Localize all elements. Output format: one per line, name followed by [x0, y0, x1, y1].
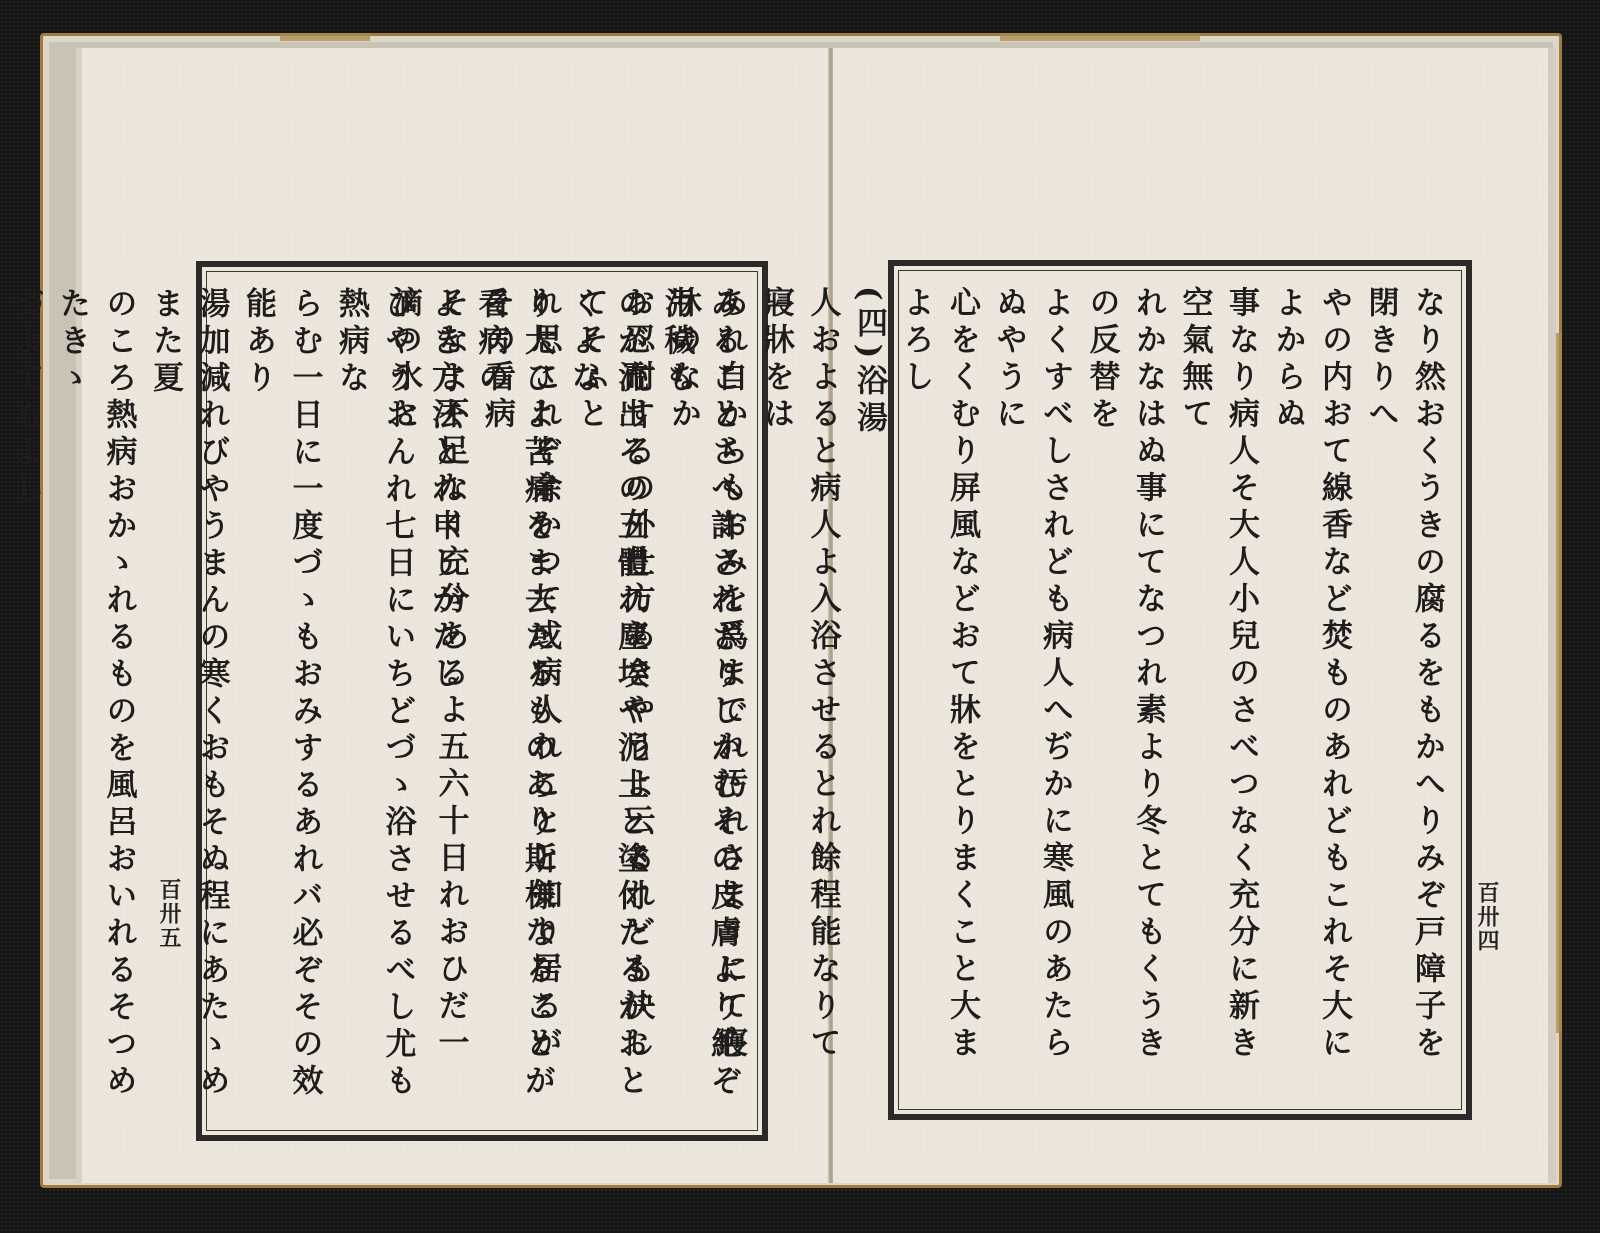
text-column: 人およると病人よ入浴させるとれ餘程能なりて寢牀をは: [753, 286, 846, 1094]
text-column: れかなはぬ事にてなつれ素より冬とてもくうきの反替を: [1078, 286, 1171, 1094]
cover-stain: [1000, 33, 1200, 41]
page-number-right: 百卅四: [1472, 881, 1503, 953]
text-column: づよてもよし: [2, 287, 49, 1115]
text-column: 事なり病人そ大人小兒のさべつなく充分に新き空氣無て: [1171, 286, 1264, 1094]
text-column: 湯加減れびやうまんの寒くおもそぬ程にあたゝめまた夏: [142, 287, 235, 1115]
open-book: 百卅五 みることさへ許されざりしかむその皮膚より絶ぞ汚穢も のが流出その五體れ塵…: [40, 33, 1562, 1188]
text-column: お忍耐するの外仕方あきやうよ云るれども決してそふと: [567, 286, 660, 1094]
text-column: なり然おくうきの腐るをもかへりみぞ戸障子を閉きりへ: [1357, 286, 1450, 1094]
text-column: らむ一日に一度づゝもおみするあれバ必ぞその效能あり: [235, 287, 328, 1115]
cover-stain: [280, 33, 370, 41]
text-frame-right: なり然おくうきの腐るをもかへりみぞ戸障子を閉きりへ やの内おて線香など焚ものあれ…: [888, 260, 1472, 1120]
right-page: 百卅四 なり然おくうきの腐るをもかへりみぞ戸障子を閉きりへ やの内おて線香など焚…: [833, 48, 1556, 1183]
section-heading: (四)浴湯: [846, 286, 893, 1094]
text-column: そなよ不足なく充分あるよ五六十日れおひだ一滴の水と: [381, 286, 474, 1094]
text-column: 熱病よあらざる病人のやまひ重くして七日目よいちど湯: [0, 287, 2, 1115]
text-column: やの内おて線香など焚ものあれどもこれそ大によからぬ: [1264, 286, 1357, 1094]
text-column: あれ自からもおみを爲までれ汚れさまゝにて寢牀のなか: [660, 286, 753, 1094]
text-column: のころ熱病おかゝれるものを風呂おいれるそつめたきゝ: [49, 287, 142, 1115]
text-body-right: なり然おくうきの腐るをもかへりみぞ戸障子を閉きりへ やの内おて線香など焚ものあれ…: [910, 286, 1450, 1094]
text-column: よくすべしされども病人へぢかに寒風のあたらぬやうに: [985, 286, 1078, 1094]
text-column: 心をくむり屏風などおて牀をとりまくこと大まよろし: [892, 286, 985, 1094]
text-column: れ思これぞ余かつて或病人れことと知り居るがその看病: [474, 286, 567, 1094]
